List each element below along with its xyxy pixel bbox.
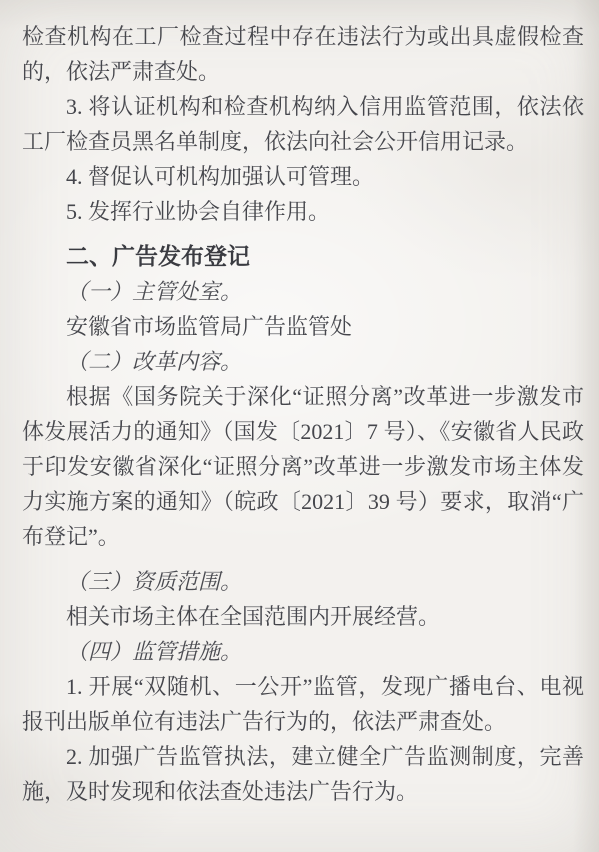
- body-line: 相关市场主体在全国范围内开展经营。: [22, 599, 584, 634]
- numbered-item-line: 报刊出版单位有违法广告行为的，依法严肃查处。: [22, 704, 584, 739]
- subsection-heading: （一）主管处室。: [22, 274, 584, 309]
- numbered-item-line: 4. 督促认可机构加强认可管理。: [22, 159, 584, 194]
- numbered-item-line: 施，及时发现和依法查处违法广告行为。: [22, 774, 584, 809]
- body-line: 安徽省市场监管局广告监管处: [22, 309, 584, 344]
- document-page: 检查机构在工厂检查过程中存在违法行为或出具虚假检查报告 的，依法严肃查处。 3.…: [0, 0, 599, 852]
- subsection-heading: （四）监管措施。: [22, 634, 584, 669]
- body-line: 检查机构在工厂检查过程中存在违法行为或出具虚假检查报告: [22, 19, 584, 54]
- numbered-item-line: 2. 加强广告监管执法，建立健全广告监测制度，完善监测措: [22, 739, 584, 774]
- body-line: 力实施方案的通知》（皖政〔2021〕39 号）要求，取消“广告发: [22, 484, 584, 519]
- body-line: 布登记”。: [22, 519, 584, 554]
- body-line: 体发展活力的通知》（国发〔2021〕7 号）、《安徽省人民政府关: [22, 414, 584, 449]
- numbered-item-line: 1. 开展“双随机、一公开”监管，发现广播电台、电视台、: [22, 669, 584, 704]
- section-heading: 二、广告发布登记: [22, 239, 584, 274]
- numbered-item-line: 工厂检查员黑名单制度，依法向社会公开信用记录。: [22, 124, 584, 159]
- document-content: 检查机构在工厂检查过程中存在违法行为或出具虚假检查报告 的，依法严肃查处。 3.…: [0, 0, 599, 809]
- subsection-heading: （三）资质范围。: [22, 564, 584, 599]
- numbered-item-line: 5. 发挥行业协会自律作用。: [22, 194, 584, 229]
- numbered-item-line: 3. 将认证机构和检查机构纳入信用监管范围，依法依规建立: [22, 89, 584, 124]
- body-line: 根据《国务院关于深化“证照分离”改革进一步激发市场主: [22, 379, 584, 414]
- body-line: 的，依法严肃查处。: [22, 54, 584, 89]
- subsection-heading: （二）改革内容。: [22, 344, 584, 379]
- body-line: 于印发安徽省深化“证照分离”改革进一步激发市场主体发展活: [22, 449, 584, 484]
